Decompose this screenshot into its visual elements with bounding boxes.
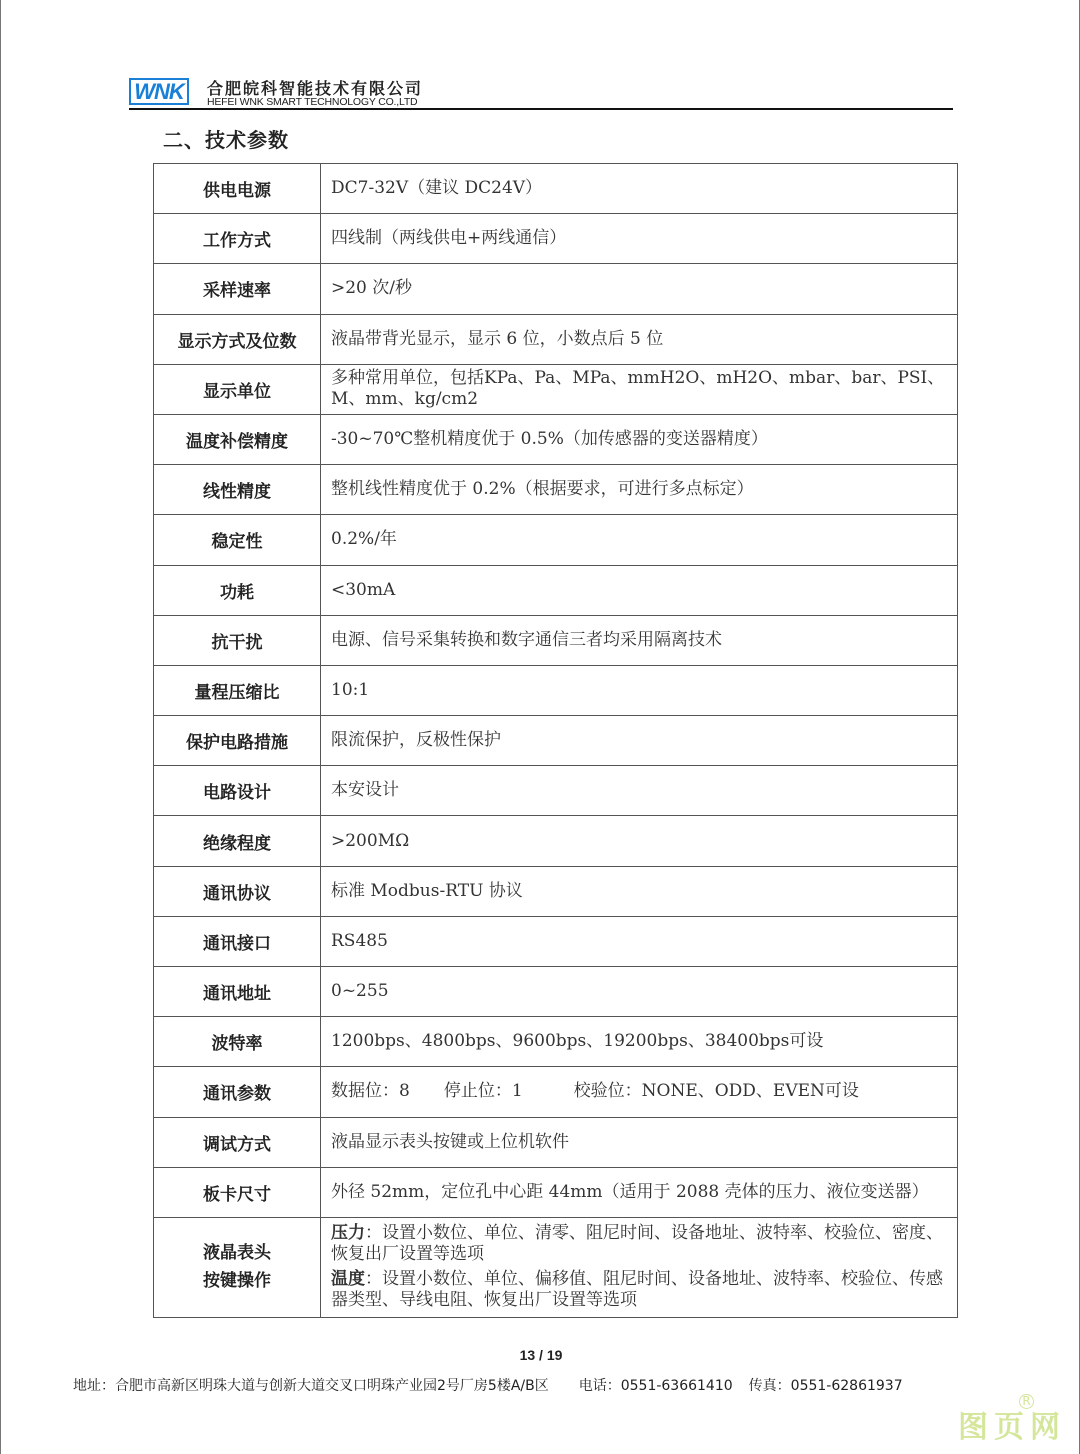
spec-label: 电路设计 <box>154 766 321 816</box>
spec-value: 0~255 <box>321 967 958 1017</box>
table-row: 显示单位多种常用单位，包括KPa、Pa、MPa、mmH2O、mH2O、mbar、… <box>154 364 958 414</box>
table-row: 波特率1200bps、4800bps、9600bps、19200bps、3840… <box>154 1017 958 1067</box>
spec-label: 线性精度 <box>154 465 321 515</box>
spec-label: 通讯参数 <box>154 1067 321 1117</box>
spec-value: 标准 Modbus-RTU 协议 <box>321 866 958 916</box>
company-name-en: HEFEI WNK SMART TECHNOLOGY CO.,LTD <box>207 96 417 108</box>
spec-value: 1200bps、4800bps、9600bps、19200bps、38400bp… <box>321 1017 958 1067</box>
table-row-lcd-ops: 液晶表头 按键操作 压力：设置小数位、单位、清零、阻尼时间、设备地址、波特率、校… <box>154 1217 958 1317</box>
logo-text: WNK <box>134 81 184 103</box>
pressure-title: 压力 <box>331 1223 365 1243</box>
spec-value: 液晶显示表头按键或上位机软件 <box>321 1117 958 1167</box>
spec-value: >200MΩ <box>321 816 958 866</box>
table-row: 量程压缩比10:1 <box>154 665 958 715</box>
document-header: WNK 合肥皖科智能技术有限公司 HEFEI WNK SMART TECHNOL… <box>129 76 953 112</box>
spec-value: 整机线性精度优于 0.2%（根据要求，可进行多点标定） <box>321 465 958 515</box>
spec-label: 抗干扰 <box>154 615 321 665</box>
table-row: 电路设计本安设计 <box>154 766 958 816</box>
spec-value: 0.2%/年 <box>321 515 958 565</box>
spec-value: 液晶带背光显示，显示 6 位，小数点后 5 位 <box>321 314 958 364</box>
spec-label: 工作方式 <box>154 214 321 264</box>
pressure-text: ：设置小数位、单位、清零、阻尼时间、设备地址、波特率、校验位、密度、恢复出厂设置… <box>331 1223 943 1264</box>
header-divider <box>129 108 953 110</box>
spec-value: 数据位：8 停止位：1 校验位：NONE、ODD、EVEN可设 <box>321 1067 958 1117</box>
spec-label: 稳定性 <box>154 515 321 565</box>
spec-label: 板卡尺寸 <box>154 1167 321 1217</box>
table-row: 板卡尺寸外径 52mm，定位孔中心距 44mm（适用于 2088 壳体的压力、液… <box>154 1167 958 1217</box>
spec-value: <30mA <box>321 565 958 615</box>
section-title: 二、技术参数 <box>163 124 289 153</box>
spec-value: -30~70℃整机精度优于 0.5%（加传感器的变送器精度） <box>321 414 958 464</box>
spec-value: 压力：设置小数位、单位、清零、阻尼时间、设备地址、波特率、校验位、密度、恢复出厂… <box>321 1217 958 1317</box>
lcd-ops-label-line2: 按键操作 <box>155 1267 319 1295</box>
footer-phone: 电话：0551-63661410 <box>579 1378 733 1394</box>
table-row: 通讯地址0~255 <box>154 967 958 1017</box>
lcd-ops-label-line1: 液晶表头 <box>155 1239 319 1267</box>
footer-address: 地址：合肥市高新区明珠大道与创新大道交叉口明珠产业园2号厂房5楼A/B区 <box>73 1378 549 1394</box>
spec-value: 10:1 <box>321 665 958 715</box>
spec-value: 四线制（两线供电+两线通信） <box>321 214 958 264</box>
table-row: 通讯参数数据位：8 停止位：1 校验位：NONE、ODD、EVEN可设 <box>154 1067 958 1117</box>
table-row: 显示方式及位数液晶带背光显示，显示 6 位，小数点后 5 位 <box>154 314 958 364</box>
spec-value: 本安设计 <box>321 766 958 816</box>
spec-value: 限流保护，反极性保护 <box>321 716 958 766</box>
footer-contact: 地址：合肥市高新区明珠大道与创新大道交叉口明珠产业园2号厂房5楼A/B区电话：0… <box>73 1375 903 1395</box>
spec-label: 显示方式及位数 <box>154 314 321 364</box>
spec-label: 通讯接口 <box>154 916 321 966</box>
spec-label: 温度补偿精度 <box>154 414 321 464</box>
company-logo: WNK <box>129 78 189 105</box>
spec-label: 采样速率 <box>154 264 321 314</box>
table-row: 线性精度整机线性精度优于 0.2%（根据要求，可进行多点标定） <box>154 465 958 515</box>
table-row: 绝缘程度>200MΩ <box>154 816 958 866</box>
spec-value: DC7-32V（建议 DC24V） <box>321 164 958 214</box>
temperature-title: 温度 <box>331 1269 365 1289</box>
spec-value: 电源、信号采集转换和数字通信三者均采用隔离技术 <box>321 615 958 665</box>
temperature-text: ：设置小数位、单位、偏移值、阻尼时间、设备地址、波特率、校验位、传感器类型、导线… <box>331 1269 943 1310</box>
spec-label: 功耗 <box>154 565 321 615</box>
table-row: 工作方式四线制（两线供电+两线通信） <box>154 214 958 264</box>
spec-label: 调试方式 <box>154 1117 321 1167</box>
table-row: 稳定性0.2%/年 <box>154 515 958 565</box>
spec-value: >20 次/秒 <box>321 264 958 314</box>
table-row: 抗干扰电源、信号采集转换和数字通信三者均采用隔离技术 <box>154 615 958 665</box>
footer-fax: 传真：0551-62861937 <box>749 1378 903 1394</box>
spec-table: 供电电源DC7-32V（建议 DC24V） 工作方式四线制（两线供电+两线通信）… <box>153 163 958 1318</box>
spec-label: 保护电路措施 <box>154 716 321 766</box>
table-row: 通讯协议标准 Modbus-RTU 协议 <box>154 866 958 916</box>
spec-label: 绝缘程度 <box>154 816 321 866</box>
spec-label: 供电电源 <box>154 164 321 214</box>
spec-value: 多种常用单位，包括KPa、Pa、MPa、mmH2O、mH2O、mbar、bar、… <box>321 364 958 414</box>
spec-label: 波特率 <box>154 1017 321 1067</box>
spec-value: 外径 52mm，定位孔中心距 44mm（适用于 2088 壳体的压力、液位变送器… <box>321 1167 958 1217</box>
table-row: 采样速率>20 次/秒 <box>154 264 958 314</box>
spec-label: 液晶表头 按键操作 <box>154 1217 321 1317</box>
table-row: 功耗<30mA <box>154 565 958 615</box>
table-row: 通讯接口RS485 <box>154 916 958 966</box>
table-row: 保护电路措施限流保护，反极性保护 <box>154 716 958 766</box>
spec-label: 量程压缩比 <box>154 665 321 715</box>
temperature-ops: 温度：设置小数位、单位、偏移值、阻尼时间、设备地址、波特率、校验位、传感器类型、… <box>331 1267 947 1313</box>
spec-value: RS485 <box>321 916 958 966</box>
table-row: 供电电源DC7-32V（建议 DC24V） <box>154 164 958 214</box>
pressure-ops: 压力：设置小数位、单位、清零、阻尼时间、设备地址、波特率、校验位、密度、恢复出厂… <box>331 1221 947 1267</box>
spec-label: 显示单位 <box>154 364 321 414</box>
page-number: 13 / 19 <box>1 1347 1080 1363</box>
spec-label: 通讯地址 <box>154 967 321 1017</box>
registered-mark-icon: R <box>1019 1394 1034 1409</box>
table-row: 温度补偿精度-30~70℃整机精度优于 0.5%（加传感器的变送器精度） <box>154 414 958 464</box>
table-row: 调试方式液晶显示表头按键或上位机软件 <box>154 1117 958 1167</box>
watermark: 图页网 <box>958 1402 1066 1446</box>
spec-label: 通讯协议 <box>154 866 321 916</box>
